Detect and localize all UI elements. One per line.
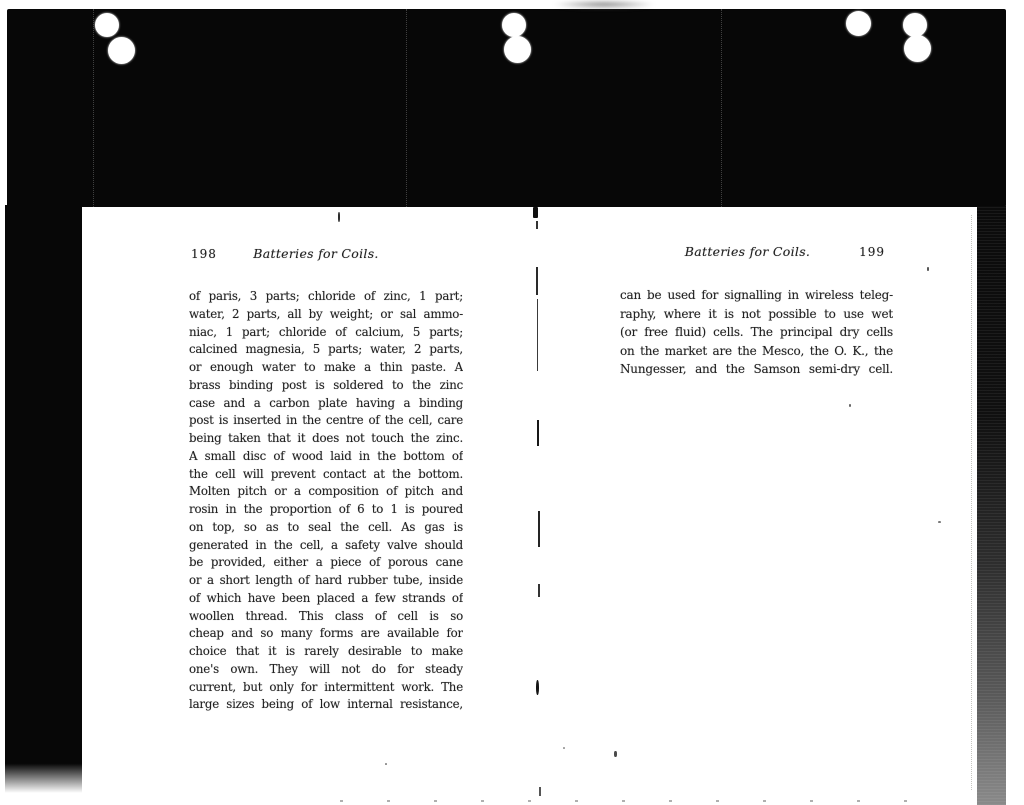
left-page: 198 Batteries for Coils. of paris, 3 par… — [189, 246, 463, 714]
text-line: post is inserted in the centre of the ce… — [189, 412, 463, 430]
text-line: choice that it is rarely desirable to ma… — [189, 643, 463, 661]
right-page: Batteries for Coils. 199 can be used for… — [620, 244, 893, 379]
scan-speck — [938, 521, 941, 523]
text-line: Nungesser, and the Samson semi-dry cell. — [620, 360, 893, 379]
scan-right-shadow — [977, 206, 1006, 805]
binder-hole — [904, 35, 931, 62]
book-page-edges — [82, 206, 110, 804]
gutter-shadow-mark — [537, 420, 539, 446]
gutter-shadow-mark — [533, 207, 538, 218]
binder-hole — [504, 36, 531, 63]
text-line: generated in the cell, a safety valve sh… — [189, 537, 463, 555]
scan-speck — [385, 763, 387, 765]
text-line: being taken that it does not touch the z… — [189, 430, 463, 448]
binder-hole — [903, 13, 927, 37]
text-line: Molten pitch or a composition of pitch a… — [189, 483, 463, 501]
scanned-book-photocopy: 198 Batteries for Coils. of paris, 3 par… — [0, 0, 1024, 805]
gutter-shadow-mark — [538, 511, 540, 547]
text-line: of paris, 3 parts; chloride of zinc, 1 p… — [189, 288, 463, 306]
text-line: water, 2 parts, all by weight; or sal am… — [189, 306, 463, 324]
text-line: on the market are the Mesco, the O. K., … — [620, 342, 893, 361]
right-running-head: Batteries for Coils. — [685, 244, 810, 260]
gutter-shadow-mark — [538, 584, 540, 597]
right-page-header: Batteries for Coils. 199 — [620, 244, 893, 260]
binder-hole — [108, 37, 135, 64]
text-line: of which have been placed a few strands … — [189, 590, 463, 608]
text-line: calcined magnesia, 5 parts; water, 2 par… — [189, 341, 463, 359]
scan-left-shadow — [5, 205, 82, 793]
gutter-shadow-mark — [536, 267, 538, 295]
text-line: large sizes being of low internal resist… — [189, 696, 463, 714]
text-line: niac, 1 part; chloride of calcium, 5 par… — [189, 324, 463, 342]
scan-streak-artifact — [721, 9, 723, 207]
text-line: or enough water to make a thin paste. A — [189, 359, 463, 377]
binder-hole — [95, 13, 119, 37]
text-line: cheap and so many forms are available fo… — [189, 625, 463, 643]
scan-speck — [614, 751, 617, 757]
left-page-header: 198 Batteries for Coils. — [189, 246, 463, 262]
text-line: rosin in the proportion of 6 to 1 is pou… — [189, 501, 463, 519]
right-page-number: 199 — [859, 244, 885, 260]
scan-streak-artifact — [93, 9, 95, 207]
text-line: the cell will prevent contact at the bot… — [189, 466, 463, 484]
text-line: (or free fluid) cells. The principal dry… — [620, 323, 893, 342]
scan-streak-artifact — [406, 9, 408, 207]
text-line: or a short length of hard rubber tube, i… — [189, 572, 463, 590]
scan-speck — [338, 212, 340, 222]
right-page-body: can be used for signalling in wireless t… — [620, 286, 893, 379]
scan-smudge — [552, 0, 656, 9]
left-page-body: of paris, 3 parts; chloride of zinc, 1 p… — [189, 288, 463, 714]
left-running-head: Batteries for Coils. — [253, 246, 378, 262]
right-page-edge-line — [971, 215, 972, 790]
scan-dust-row — [340, 800, 940, 802]
scan-speck — [563, 747, 565, 749]
text-line: raphy, where it is not possible to use w… — [620, 305, 893, 324]
text-line: can be used for signalling in wireless t… — [620, 286, 893, 305]
gutter-shadow-mark — [537, 299, 538, 371]
gutter-shadow-mark — [539, 787, 541, 796]
text-line: be provided, either a piece of porous ca… — [189, 554, 463, 572]
text-line: brass binding post is soldered to the zi… — [189, 377, 463, 395]
left-page-number: 198 — [191, 246, 217, 262]
scanner-background-band — [7, 9, 1006, 207]
text-line: A small disc of wood laid in the bottom … — [189, 448, 463, 466]
scan-speck — [849, 404, 851, 407]
text-line: one's own. They will not do for steady — [189, 661, 463, 679]
gutter-shadow-mark — [536, 680, 539, 695]
scan-speck — [927, 267, 929, 271]
text-line: woollen thread. This class of cell is so — [189, 608, 463, 626]
text-line: current, but only for intermittent work.… — [189, 679, 463, 697]
gutter-shadow-mark — [536, 221, 538, 229]
text-line: on top, so as to seal the cell. As gas i… — [189, 519, 463, 537]
binder-hole — [846, 11, 871, 36]
binder-hole — [502, 13, 526, 37]
text-line: case and a carbon plate having a binding — [189, 395, 463, 413]
